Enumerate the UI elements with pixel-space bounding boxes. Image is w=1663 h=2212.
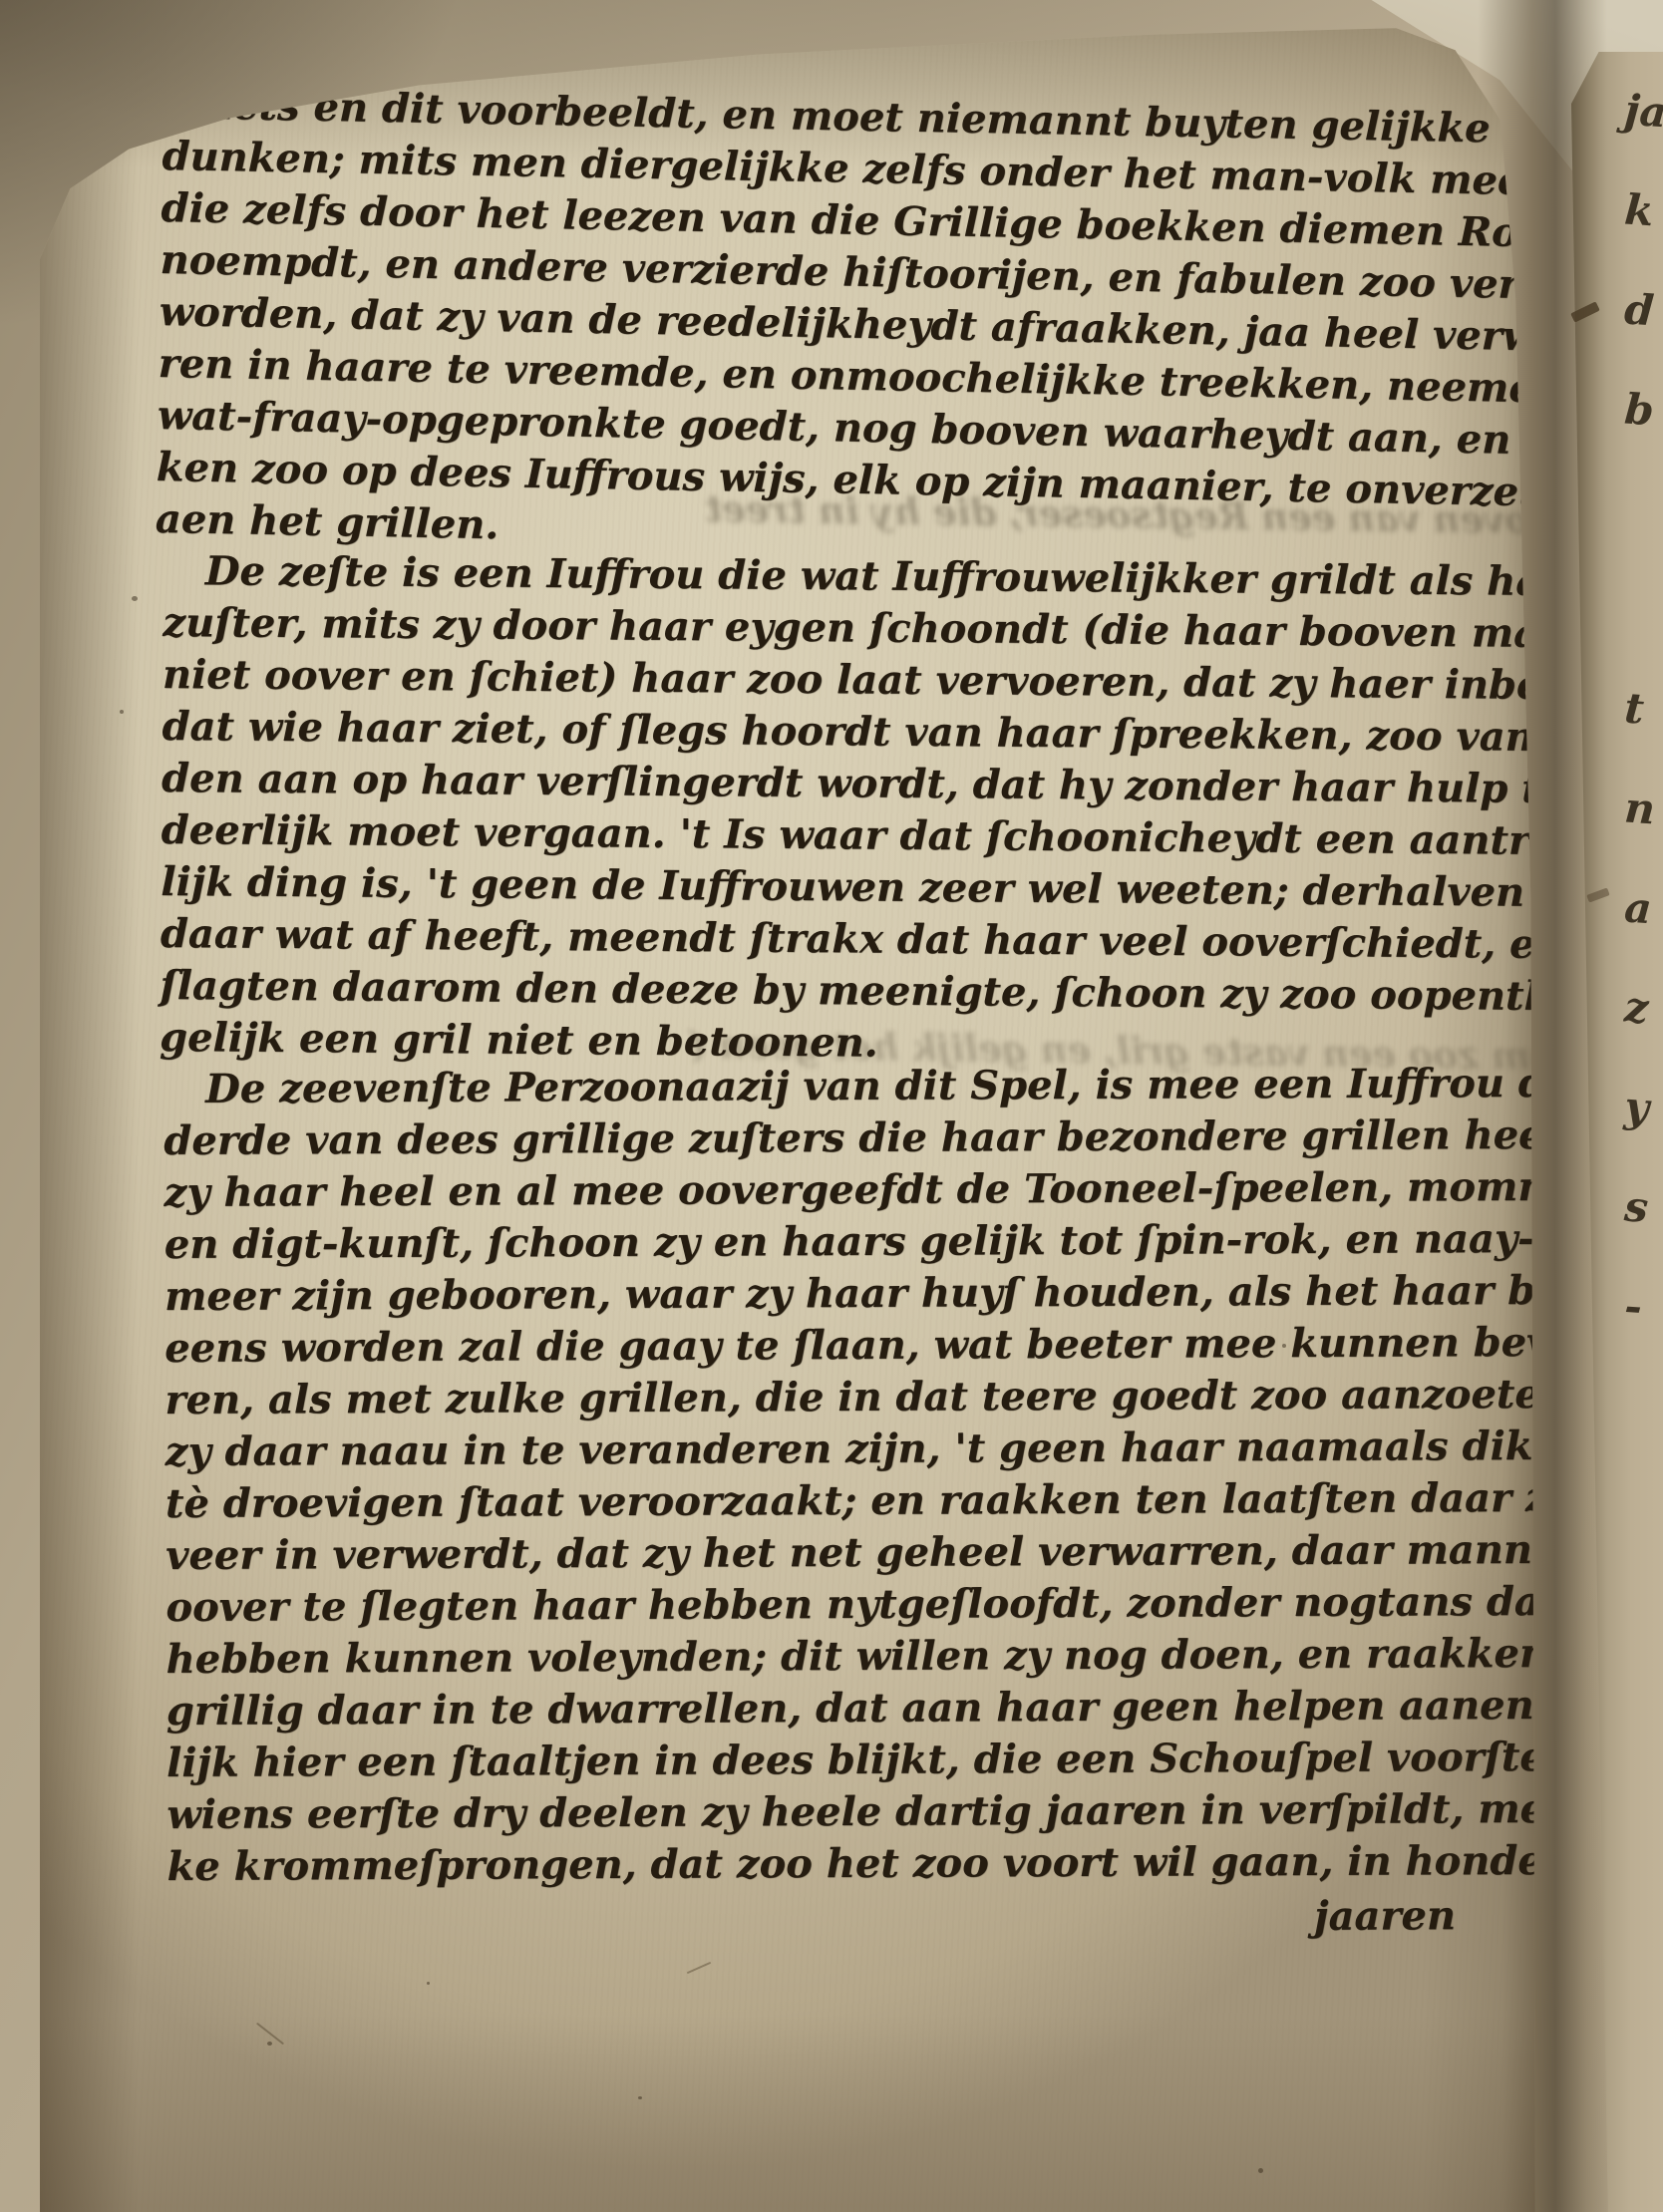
text-line: en digt-kunſt, ſchoon zy en haars gelijk…	[165, 1213, 1457, 1271]
cutoff-letter	[1620, 579, 1663, 682]
paper-speck	[120, 710, 124, 714]
catchword: jaaren	[164, 1890, 1456, 1948]
text-line: grillig daar in te dwarrellen, dat aan h…	[166, 1680, 1459, 1738]
text-line: derde van dees grillige zuſters die haar…	[164, 1109, 1456, 1167]
cutoff-letter: -	[1620, 1277, 1663, 1380]
paper-speck	[267, 2042, 272, 2046]
cutoff-letter: t	[1620, 679, 1663, 782]
book-photo: jakdbtnazys- boven van een Regtsoeser, d…	[0, 0, 1663, 2212]
text-line: De zeevenſte Perzoonaazij van dit Spel, …	[164, 1058, 1456, 1115]
paragraphs: ſchets en dit voorbeeldt, en moet nieman…	[164, 79, 1456, 1893]
text-line: meer zijn gebooren, waar zy haar huyſ ho…	[165, 1265, 1457, 1323]
paper-speck	[638, 2096, 642, 2099]
paper-speck	[427, 1982, 430, 1985]
paragraph: De zeevenſte Perzoonaazij van dit Spel, …	[164, 1058, 1460, 1893]
text-line: ke krommeſprongen, dat zoo het zoo voort…	[166, 1835, 1459, 1893]
cutoff-letter: d	[1620, 280, 1663, 383]
cutoff-letter: ja	[1620, 81, 1663, 183]
text-line: hebben kunnen voleynden; dit willen zy n…	[166, 1628, 1458, 1686]
paragraph: ſchets en dit voorbeeldt, en moet nieman…	[155, 79, 1455, 569]
cutoff-letter: s	[1620, 1177, 1663, 1280]
cutoff-letter	[1620, 1377, 1663, 1479]
cutoff-letter	[1620, 479, 1663, 582]
paper-speck	[1258, 2168, 1263, 2173]
text-line: ren, als met zulke grillen, die in dat t…	[165, 1369, 1457, 1426]
cutoff-letter: b	[1620, 380, 1663, 482]
text-line: lijk hier een ſtaaltjen in dees blijkt, …	[166, 1732, 1459, 1789]
cutoff-letter: y	[1620, 1078, 1663, 1180]
text-line: zy daar naau in te veranderen zijn, 't g…	[166, 1421, 1458, 1478]
paragraph: De zeſte is een Iuffrou die wat Iuffrouw…	[160, 545, 1456, 1074]
text-line: zy haar heel en al mee oovergeefdt de To…	[164, 1161, 1456, 1219]
text-line: tè droevigen ſtaat veroorzaakt; en raakk…	[166, 1472, 1458, 1530]
paper-speck	[132, 596, 138, 601]
text-line: wiens eerſte dry deelen zy heele dartig …	[166, 1783, 1459, 1841]
book-page: boven van een Regtsoeser, die hy in tree…	[40, 15, 1550, 2212]
text-line: veer in verwerdt, dat zy het net geheel …	[166, 1524, 1458, 1582]
text-block: ſchets en dit voorbeeldt, en moet nieman…	[164, 79, 1456, 1945]
text-line: oover te ſlegten haar hebben nytgeſloofd…	[166, 1576, 1458, 1634]
cutoff-letter: n	[1620, 779, 1663, 881]
cutoff-letter: a	[1620, 878, 1663, 981]
text-line: eens worden zal die gaay te ſlaan, wat b…	[165, 1317, 1457, 1375]
cutoff-letter: z	[1620, 978, 1663, 1081]
cutoff-letter: k	[1620, 180, 1663, 283]
